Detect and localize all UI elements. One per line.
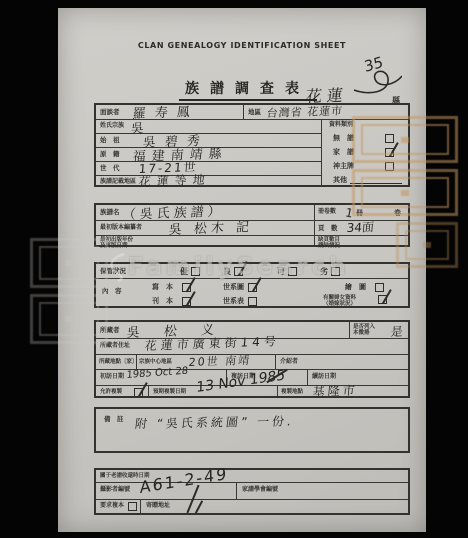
copy-place-value: 基隆市 bbox=[312, 381, 358, 400]
divider bbox=[307, 369, 308, 385]
clan-label: 姓氏宗族 bbox=[100, 123, 124, 130]
divider bbox=[148, 385, 149, 396]
content-option-label: 世系圖 bbox=[223, 283, 244, 291]
generations-label: 世 代 bbox=[100, 165, 120, 172]
divider bbox=[243, 105, 244, 119]
seal-block bbox=[352, 116, 458, 163]
content-option-checkbox bbox=[375, 283, 384, 292]
compiler-label: 最初版本編纂者 bbox=[100, 225, 142, 232]
missing-label-line2: 殘缺情況 bbox=[318, 243, 340, 249]
content-option-label: 繪 圖 bbox=[345, 283, 366, 291]
material-option-label: 家 譜 bbox=[333, 148, 354, 156]
seal-watermark-right bbox=[352, 116, 464, 218]
first-visit-label: 初訪日期 bbox=[100, 374, 124, 381]
material-option-label: 神主牌 bbox=[333, 162, 354, 170]
familysearch-watermark: FamilySearch bbox=[128, 254, 350, 280]
divider bbox=[314, 205, 315, 245]
missing-pages-label: 缺頁數目 殘缺情況 bbox=[318, 237, 340, 250]
seal-watermark-left bbox=[30, 238, 114, 348]
copy-date-value: 13 Nov 1985 bbox=[196, 367, 285, 396]
pages-value: 34面 bbox=[346, 218, 375, 236]
seal-inner bbox=[39, 302, 99, 336]
divider bbox=[236, 482, 237, 499]
seal-dot bbox=[401, 137, 409, 143]
remarks-value: 附 “吳氏系統圖” 一份. bbox=[134, 412, 295, 432]
form-header-english: CLAN GENEALOGY IDENTIFICATION SHEET bbox=[58, 41, 426, 50]
mailing-address-label: 寄贈地址 bbox=[146, 503, 170, 510]
origin-label: 原 籍 bbox=[100, 151, 120, 158]
coverage-label: 族譜記載地區 bbox=[100, 179, 136, 186]
seal-inner bbox=[361, 124, 449, 155]
seal-dot bbox=[65, 316, 73, 322]
pages-label: 頁 數 bbox=[318, 225, 338, 232]
holder-address-value: 花蓮市廣東街14号 bbox=[144, 332, 281, 354]
photographer-number-value: A61-2-49 bbox=[140, 464, 229, 497]
area-value: 台灣省 花蓮市 bbox=[266, 102, 344, 121]
microfilm-label-line2: 本微捲 bbox=[353, 330, 375, 336]
seal-block bbox=[352, 169, 458, 216]
content-option-label: 世系表 bbox=[223, 297, 244, 305]
copy-request-label: 要求複本 bbox=[100, 503, 124, 510]
seal-block bbox=[30, 294, 108, 344]
material-option-label: 無 譜 bbox=[333, 134, 354, 142]
women-data-note: （婚嫁狀況） bbox=[323, 301, 356, 307]
coverage-value: 花蓮等地 bbox=[138, 170, 211, 190]
clan-center-label: 宗族中心地區 bbox=[139, 359, 172, 365]
seal-inner bbox=[405, 230, 449, 260]
storage-place-label: 所藏地點〔家〕 bbox=[99, 359, 138, 365]
divider bbox=[140, 499, 141, 513]
divider bbox=[96, 499, 408, 500]
section-holder-visits: 所藏者 吳 松 义 是否列入 本微捲 是 所藏者住址 花蓮市廣東街14号 所藏地… bbox=[94, 320, 410, 398]
content-option-checkbox bbox=[248, 283, 257, 292]
seal-inner bbox=[39, 246, 99, 280]
content-option-label: 寫 本 bbox=[152, 283, 173, 291]
seal-block bbox=[396, 222, 458, 268]
society-number-label: 家譜學會編號 bbox=[242, 487, 278, 494]
section-filming-admin: 關于老譜收還時日期 攝影者編號 A61-2-49 家譜學會編號 要求複本 寄贈地… bbox=[94, 468, 410, 515]
photographer-number-label: 攝影者編號 bbox=[100, 487, 130, 494]
content-option-checkbox bbox=[248, 297, 257, 306]
microfilm-included-value: 是 bbox=[390, 323, 404, 340]
seal-watermark-right-lower bbox=[396, 222, 462, 272]
clan-center-value: 20世 南靖 bbox=[188, 352, 252, 370]
microfilm-included-label: 是否列入 本微捲 bbox=[353, 324, 375, 337]
seal-dot bbox=[401, 190, 409, 196]
divider bbox=[349, 322, 350, 338]
divider bbox=[277, 385, 278, 396]
form-title-chinese: 族譜調查表 bbox=[185, 78, 310, 98]
introducer-label: 介紹者 bbox=[280, 359, 298, 366]
copy-request-checkbox bbox=[128, 502, 137, 511]
content-option-checkbox bbox=[182, 297, 191, 306]
material-type-label: 資料類別 bbox=[329, 122, 353, 129]
seal-dot bbox=[65, 260, 73, 266]
pen-flourish bbox=[350, 66, 402, 96]
content-option-label: 刊 本 bbox=[152, 297, 173, 305]
copy-permission-checkbox bbox=[134, 388, 143, 397]
divider bbox=[321, 119, 322, 187]
seal-block bbox=[30, 238, 108, 288]
compiler-value: 吳 松木 記 bbox=[168, 216, 254, 238]
seal-inner bbox=[361, 177, 449, 208]
section-remarks: 備 註 附 “吳氏系統圖” 一份. bbox=[94, 407, 410, 453]
divider bbox=[275, 354, 276, 369]
material-option-label: 其他 bbox=[333, 176, 347, 184]
next-visit-label: 續訪日期 bbox=[312, 374, 336, 381]
area-label: 地區 bbox=[248, 109, 261, 116]
content-option-checkbox bbox=[182, 283, 191, 292]
checkmark bbox=[186, 291, 196, 306]
genealogy-title-label: 族譜名 bbox=[100, 209, 120, 216]
remarks-label: 備 註 bbox=[104, 416, 124, 423]
content-option-checkbox bbox=[378, 295, 387, 304]
copy-place-label: 複製地點 bbox=[281, 389, 303, 395]
copy-permission-label: 允許複製 bbox=[100, 389, 122, 395]
seal-dot bbox=[423, 242, 431, 248]
first-ancestor-label: 始 祖 bbox=[100, 137, 120, 144]
copy-date-label: 預期複製日期 bbox=[153, 389, 186, 395]
interviewer-label: 面談者 bbox=[100, 109, 120, 116]
volumes-label: 冊卷數 bbox=[318, 209, 336, 216]
content-option-women-label: 有關婦女資料 （婚嫁狀況） bbox=[323, 295, 356, 308]
microfilm-background: CLAN GENEALOGY IDENTIFICATION SHEET 族譜調查… bbox=[0, 0, 468, 538]
stray-pen-mark bbox=[195, 500, 203, 513]
